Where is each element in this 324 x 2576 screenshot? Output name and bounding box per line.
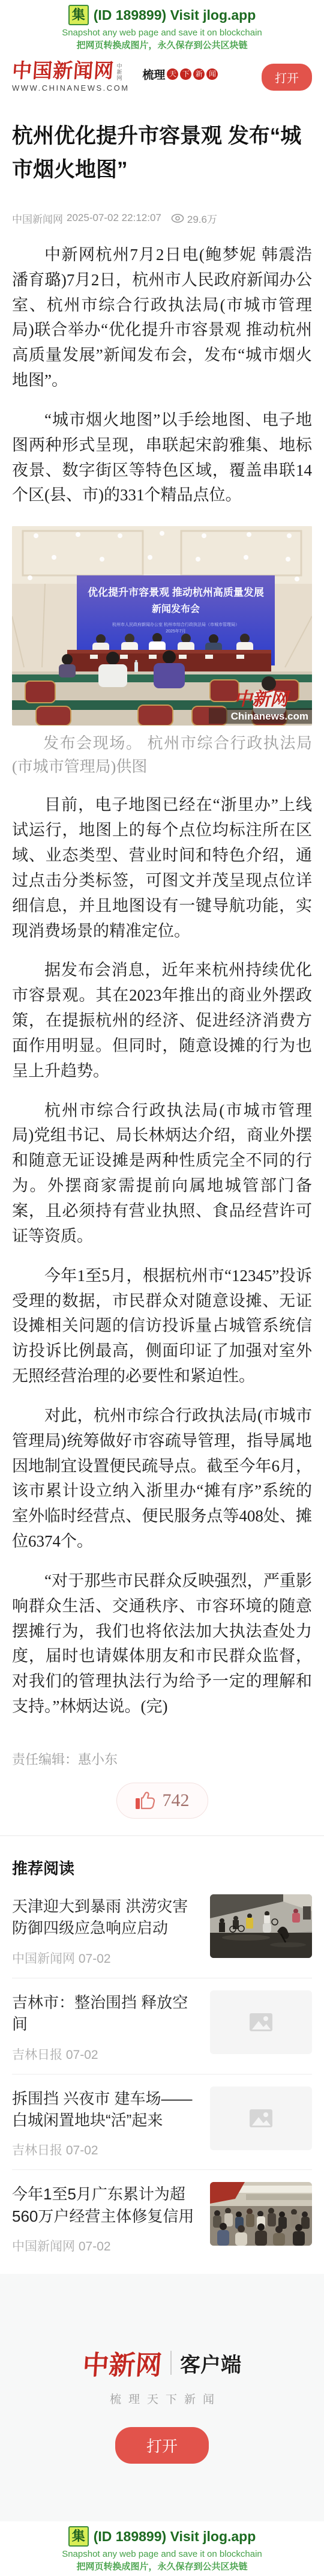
- footer-logo-divider: [170, 2351, 172, 2375]
- recommend-item-date: 07-02: [66, 2048, 98, 2062]
- chinanews-logo[interactable]: 中国新闻网 中新网 WWW.CHINANEWS.COM: [12, 62, 133, 92]
- recommend-item-title: 吉林市：整治围挡 释放空间: [12, 1992, 202, 2035]
- footer-client-label: 客户端: [180, 2348, 241, 2378]
- recommend-item[interactable]: 天津迎大到暴雨 洪涝灾害防御四级应急响应启动 中国新闻网 07-02: [12, 1882, 312, 1978]
- eye-icon: [171, 214, 184, 223]
- recommend-item-thumbnail: [210, 1990, 312, 2054]
- article-paragraph: 目前，电子地图已经在“浙里办”上线试运行，地图上的每个点位均标注所在区域、业态类…: [12, 793, 312, 944]
- flood-scene-image: [210, 1894, 312, 1958]
- open-app-button-bottom[interactable]: 打开: [115, 2427, 209, 2464]
- app-footer: 中新网 客户端 梳理天下新闻 打开: [0, 2274, 324, 2521]
- view-count: 29.6万: [187, 211, 217, 226]
- logo-url-text: WWW.CHINANEWS.COM: [12, 83, 133, 92]
- article-paragraph: 今年1至5月，根据杭州市“12345”投诉受理的数据，市民群众对随意设摊、无证设…: [12, 1264, 312, 1389]
- recommend-header: 推荐阅读: [12, 1836, 312, 1882]
- open-app-button-top[interactable]: 打开: [262, 64, 312, 91]
- promo-subtext-en: Snapshot any web page and save it on blo…: [0, 28, 324, 38]
- ji-badge-icon: 集: [68, 5, 89, 25]
- promo-banner-top[interactable]: 集 (ID 189899) Visit jlog.app Snapshot an…: [0, 0, 324, 55]
- image-placeholder-icon: [249, 2013, 273, 2032]
- article-body: 中新网杭州7月2日电(鲍梦妮 韩震浩 潘育璐)7月2日，杭州市人民政府新闻办公室…: [0, 243, 324, 508]
- recommend-item-title: 天津迎大到暴雨 洪涝灾害防御四级应急响应启动: [12, 1896, 202, 1939]
- article-meta: 中国新闻网 2025-07-02 22:12:07 29.6万: [0, 201, 324, 228]
- like-button[interactable]: 742: [116, 1783, 208, 1819]
- article-body-cont: 目前，电子地图已经在“浙里办”上线试运行，地图上的每个点位均标注所在区域、业态类…: [0, 793, 324, 1720]
- promo-subtext-cn: 把网页转换成图片，永久保存到公共区块链: [0, 38, 324, 51]
- promo-subtext-cn: 把网页转换成图片，永久保存到公共区块链: [0, 2560, 324, 2572]
- ji-badge-icon: 集: [68, 2526, 89, 2547]
- press-conference-photo: 优化提升市容景观 推动杭州高质量发展 新闻发布会 杭州市人民政府新闻办公室 杭州…: [12, 526, 312, 726]
- photo-watermark-cn: 中新网: [234, 689, 291, 709]
- recommend-section: 推荐阅读 天津迎大到暴雨 洪涝灾害防御四级应急响应启动 中国新闻网 07-02: [0, 1836, 324, 2265]
- recommend-item-thumbnail: [210, 2087, 312, 2150]
- recommend-item-thumbnail: [210, 1894, 312, 1958]
- tagline-seal-1: 天: [167, 68, 178, 80]
- recommend-item-source: 中国新闻网: [12, 2240, 75, 2253]
- recommend-item-source: 中国新闻网: [12, 1952, 75, 1966]
- article-title: 杭州优化提升市容景观 发布“城市烟火地图”: [0, 115, 324, 187]
- footer-tagline: 梳理天下新闻: [7, 2390, 324, 2407]
- tagline-prefix: 梳理: [142, 66, 165, 82]
- photo-banner-date: 2025年7月: [166, 628, 185, 634]
- recommend-item[interactable]: 拆围挡 兴夜市 建车场——白城闲置地块“活”起来 吉林日报 07-02: [12, 2074, 312, 2171]
- thumbs-up-icon: [135, 1791, 157, 1810]
- article-paragraph: 对此，杭州市综合行政执法局(市城市管理局)统筹做好市容疏导管理，指导属地因地制宜…: [12, 1404, 312, 1554]
- recommend-item[interactable]: 今年1至5月广东累计为超560万户经营主体修复信用 中国新闻网 07-02: [12, 2170, 312, 2265]
- recommend-item-title: 拆围挡 兴夜市 建车场——白城闲置地块“活”起来: [12, 2088, 202, 2132]
- recommend-item-date: 07-02: [79, 2240, 111, 2253]
- promo-banner-bottom[interactable]: 集 (ID 189899) Visit jlog.app Snapshot an…: [0, 2521, 324, 2576]
- tagline-seal-4: 闻: [206, 68, 218, 80]
- recommend-item-date: 07-02: [79, 1952, 111, 1966]
- recommend-item-title: 今年1至5月广东累计为超560万户经营主体修复信用: [12, 2183, 202, 2227]
- promo-link-text: (ID 189899) Visit jlog.app: [94, 7, 256, 23]
- article-paragraph: 中新网杭州7月2日电(鲍梦妮 韩震浩 潘育璐)7月2日，杭州市人民政府新闻办公室…: [12, 243, 312, 393]
- footer-logo: 中新网: [82, 2344, 163, 2382]
- site-header: 中国新闻网 中新网 WWW.CHINANEWS.COM 梳理 天 下 新 闻 打…: [0, 55, 324, 101]
- like-count: 742: [163, 1790, 190, 1811]
- promo-link[interactable]: 集 (ID 189899) Visit jlog.app: [0, 2526, 324, 2547]
- image-placeholder-icon: [249, 2109, 273, 2128]
- promo-link[interactable]: 集 (ID 189899) Visit jlog.app: [0, 5, 324, 25]
- tagline-seal-3: 新: [193, 68, 205, 80]
- recommend-item-thumbnail: [210, 2182, 312, 2246]
- tagline-logo: 梳理 天 下 新 闻: [142, 66, 218, 82]
- crowd-scene-image: [210, 2182, 312, 2246]
- recommend-item-source: 吉林日报: [12, 2144, 62, 2157]
- article-photo: 优化提升市容景观 推动杭州高质量发展 新闻发布会 杭州市人民政府新闻办公室 杭州…: [0, 523, 324, 726]
- photo-banner-subtitle: 新闻发布会: [152, 603, 200, 614]
- photo-watermark-en: Chinanews.com: [231, 711, 308, 722]
- article-paragraph: “城市烟火地图”以手绘地图、电子地图两种形式呈现，串联起宋韵雅集、地标夜景、数字…: [12, 408, 312, 508]
- article-source: 中国新闻网: [12, 211, 63, 226]
- photo-banner-hosts: 杭州市人民政府新闻办公室 杭州市综合行政执法局（市城市管理局）: [112, 622, 239, 627]
- editor-line: 责任编辑：惠小东: [0, 1734, 324, 1772]
- photo-banner-title: 优化提升市容景观 推动杭州高质量发展: [88, 586, 264, 598]
- recommend-item-source: 吉林日报: [12, 2048, 62, 2062]
- article-paragraph: “对于那些市民群众反映强烈，严重影响群众生活、交通秩序、市容环境的随意摆摊行为，…: [12, 1569, 312, 1720]
- article-datetime: 2025-07-02 22:12:07: [67, 212, 161, 224]
- article-paragraph: 据发布会消息，近年来杭州持续优化市容景观。其在2023年推出的商业外摆政策，在提…: [12, 958, 312, 1083]
- photo-caption: 发布会现场。 杭州市综合行政执法局(市城市管理局)供图: [0, 726, 324, 778]
- logo-calligraphy: 中国新闻网: [11, 62, 115, 82]
- promo-link-text: (ID 189899) Visit jlog.app: [94, 2529, 256, 2545]
- logo-side-text: 中新网: [116, 63, 121, 81]
- tagline-seal-2: 下: [180, 68, 191, 80]
- promo-subtext-en: Snapshot any web page and save it on blo…: [0, 2549, 324, 2559]
- recommend-item[interactable]: 吉林市：整治围挡 释放空间 吉林日报 07-02: [12, 1978, 312, 2074]
- article-paragraph: 杭州市综合行政执法局(市城市管理局)党组书记、局长林炳达介绍，商业外摆和随意无证…: [12, 1099, 312, 1249]
- recommend-item-date: 07-02: [66, 2144, 98, 2157]
